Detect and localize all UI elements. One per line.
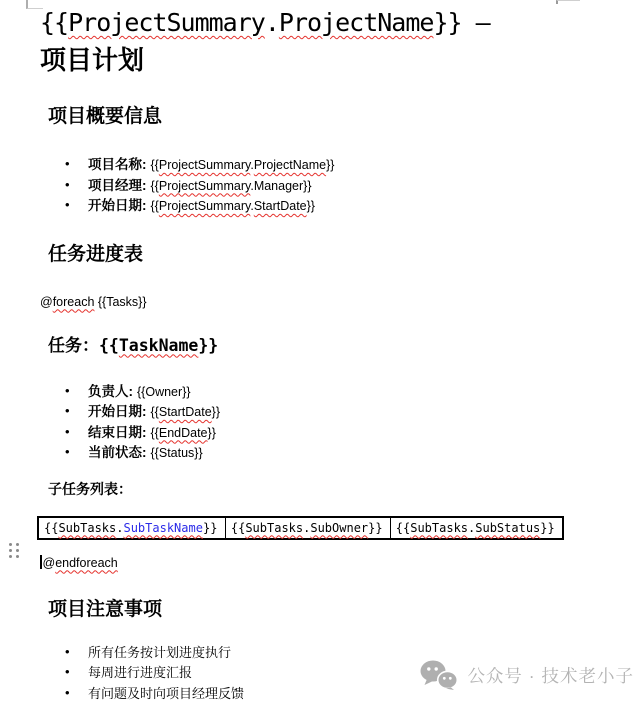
subtask-heading: 子任务列表：	[48, 480, 604, 498]
brace: {{	[40, 8, 68, 37]
bullet-label: 项目经理:	[88, 178, 147, 193]
bullet-label: 当前状态:	[88, 445, 147, 460]
list-item: 负责人:{{Owner}}	[40, 382, 604, 403]
section-heading-overview: 项目概要信息	[48, 105, 604, 129]
template-placeholder: {{ProjectSummary.StartDate}}	[151, 199, 315, 213]
document-title: {{ProjectSummary.ProjectName}} – 项目计划	[40, 4, 604, 79]
template-placeholder: {{TaskName}}	[99, 336, 218, 355]
endforeach-directive: @endforeach	[40, 555, 604, 572]
list-item: 开始日期:{{ProjectSummary.StartDate}}	[40, 196, 604, 217]
title-template-line: {{ProjectSummary.ProjectName}} –	[40, 4, 604, 41]
section-heading-notes: 项目注意事项	[48, 598, 604, 622]
template-placeholder: {{ProjectSummary.Manager}}	[151, 179, 312, 193]
table-cell-substatus[interactable]: {{SubTasks.SubStatus}}	[390, 517, 563, 539]
task-detail-list: 负责人:{{Owner}} 开始日期:{{StartDate}} 结束日期:{{…	[40, 382, 604, 464]
template-placeholder: {{ProjectSummary.ProjectName}}	[151, 158, 335, 172]
list-item: 项目经理:{{ProjectSummary.Manager}}	[40, 176, 604, 197]
watermark: 公众号 · 技术老小子	[420, 660, 634, 690]
template-placeholder: {{StartDate}}	[151, 405, 221, 419]
template-placeholder: {{Owner}}	[137, 385, 191, 399]
bullet-label: 开始日期:	[88, 404, 147, 419]
bullet-label: 项目名称:	[88, 157, 147, 172]
table-row: {{SubTasks.SubTaskName}} {{SubTasks.SubO…	[38, 517, 563, 539]
wechat-icon	[420, 660, 458, 690]
list-item: 当前状态:{{Status}}	[40, 443, 604, 464]
section-heading-tasks: 任务进度表	[48, 243, 604, 267]
foreach-directive: @foreach {{Tasks}}	[40, 294, 604, 311]
task-heading: 任务：{{TaskName}}	[48, 334, 604, 358]
template-placeholder: {{Status}}	[151, 446, 203, 460]
bullet-label: 开始日期:	[88, 198, 147, 213]
task-label: 任务：	[48, 336, 99, 355]
paragraph-drag-handle[interactable]	[7, 542, 21, 559]
bullet-label: 负责人:	[88, 384, 133, 399]
blue-placeholder-word: SubTaskName	[123, 521, 202, 535]
title-dash: –	[462, 8, 490, 37]
template-placeholder: {{EndDate}}	[151, 426, 216, 440]
subtask-table: {{SubTasks.SubTaskName}} {{SubTasks.SubO…	[37, 516, 564, 540]
list-item: 开始日期:{{StartDate}}	[40, 402, 604, 423]
overview-list: 项目名称:{{ProjectSummary.ProjectName}} 项目经理…	[40, 155, 604, 217]
cropped-ui-mark-right	[556, 0, 580, 4]
document-page[interactable]: {{ProjectSummary.ProjectName}} – 项目计划 项目…	[0, 0, 644, 702]
list-item: 结束日期:{{EndDate}}	[40, 423, 604, 444]
text-cursor	[40, 555, 42, 569]
misspelled-word: ProjectSummary	[68, 8, 265, 37]
bullet-label: 结束日期:	[88, 425, 147, 440]
table-cell-subtaskname[interactable]: {{SubTasks.SubTaskName}}	[38, 517, 225, 539]
watermark-text: 公众号 · 技术老小子	[467, 663, 634, 688]
misspelled-word: ProjectName	[279, 8, 434, 37]
title-chinese-line: 项目计划	[40, 41, 604, 79]
misspelled-word: endforeach	[55, 556, 118, 570]
table-cell-subowner[interactable]: {{SubTasks.SubOwner}}	[225, 517, 390, 539]
misspelled-word: foreach	[53, 295, 95, 309]
list-item: 项目名称:{{ProjectSummary.ProjectName}}	[40, 155, 604, 176]
cropped-ui-mark-left	[26, 0, 43, 9]
brace: }}	[433, 8, 461, 37]
